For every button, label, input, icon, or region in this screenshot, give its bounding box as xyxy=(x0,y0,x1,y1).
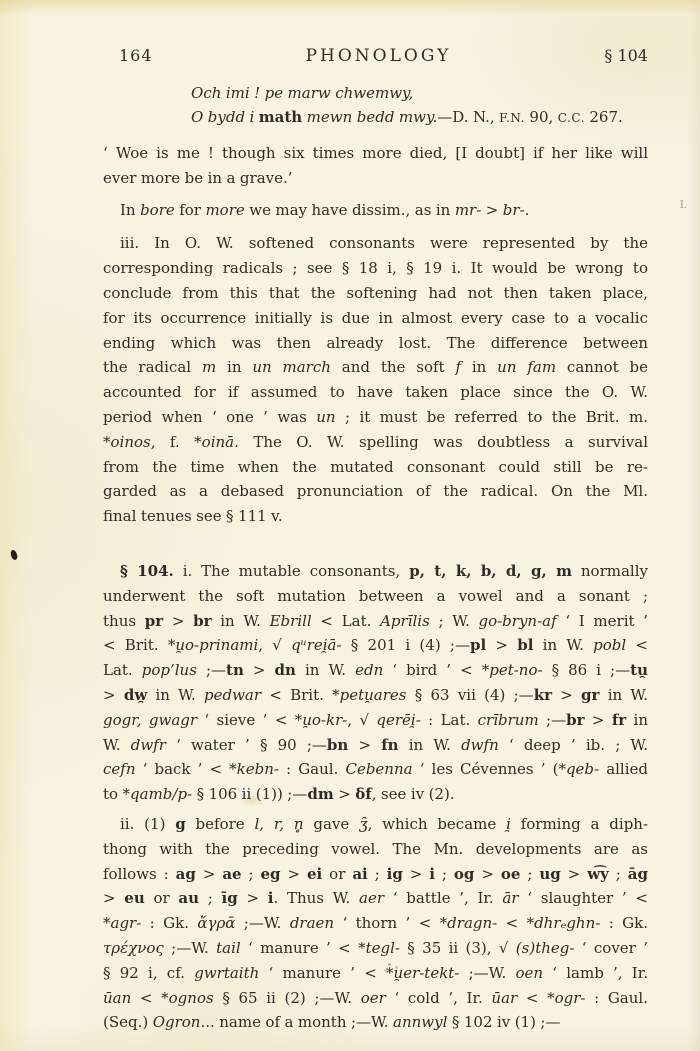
text-line: period when ‘ one ’ was un ; it must be … xyxy=(103,405,648,430)
paragraph-iii: iii. In O. W. softened consonants were r… xyxy=(103,231,648,529)
text-line: < Brit. *u̯o-prinami, √ qᵘrei̯ā- § 201 i… xyxy=(103,633,648,658)
text-line: iii. In O. W. softened consonants were r… xyxy=(103,231,648,256)
section-number: § 104 xyxy=(604,46,648,65)
text-line: to *qamb/p- § 106 ii (1)) ;—dm > δf, see… xyxy=(103,782,648,807)
text-line: Och imi ! pe marw chwemwy, xyxy=(191,81,648,105)
dissimilation-note: In bore for more we may have dissim., as… xyxy=(103,198,648,223)
text-line: *agr- : Gk. ἄγρᾱ ;—W. draen ‘ thorn ’ < … xyxy=(103,911,648,936)
marginal-mark: I. xyxy=(680,200,687,211)
text-line: ever more be in a grave.’ xyxy=(103,166,648,191)
text-line: τρέχνος ;—W. tail ‘ manure ’ < *tegl- § … xyxy=(103,936,648,961)
text-line: ii. (1) g before l, r, n̥ gave ʒ̑, which… xyxy=(103,812,648,837)
book-page: 164 PHONOLOGY § 104 Och imi ! pe marw ch… xyxy=(0,0,700,1035)
text-line: from the time when the mutated consonant… xyxy=(103,455,648,480)
text-line: § 92 i, cf. gwrtaith ‘ manure ’ < *u̯er-… xyxy=(103,961,648,986)
text-line: § 104. i. The mutable consonants, p, t, … xyxy=(103,559,648,584)
text-line: underwent the soft mutation between a vo… xyxy=(103,584,648,609)
text-line: gogr, gwagr ‘ sieve ’ < *u̯o-kr-, √ qerē… xyxy=(103,708,648,733)
smudge-mark xyxy=(388,963,391,966)
text-line: conclude from this that the softening ha… xyxy=(103,281,648,306)
text-line: > dw̯ in W. pedwar < Brit. *petu̯ares § … xyxy=(103,683,648,708)
text-line: (Seq.) Ogron... name of a month ;—W. ann… xyxy=(103,1010,648,1035)
text-line: Lat. pop’lus ;—tn > dn in W. edn ‘ bird … xyxy=(103,658,648,683)
page-header: 164 PHONOLOGY § 104 xyxy=(103,46,648,66)
text-line: thong with the preceding vowel. The Mn. … xyxy=(103,837,648,862)
text-line: In bore for more we may have dissim., as… xyxy=(103,198,648,223)
text-line: garded as a debased pronunciation of the… xyxy=(103,479,648,504)
text-line: accounted for if assumed to have taken p… xyxy=(103,380,648,405)
text-line: the radical m in un march and the soft f… xyxy=(103,355,648,380)
text-line: follows : ag > ae ; eg > ei or ai ; ig >… xyxy=(103,862,648,887)
text-line: thus pr > br in W. Ebrill < Lat. Aprīlis… xyxy=(103,609,648,634)
verse-quotation: Och imi ! pe marw chwemwy,O bydd i math … xyxy=(191,81,648,130)
page-number: 164 xyxy=(103,46,153,65)
paragraph-104-i: § 104. i. The mutable consonants, p, t, … xyxy=(103,559,648,807)
paragraph-104-ii: ii. (1) g before l, r, n̥ gave ʒ̑, which… xyxy=(103,812,648,1035)
text-line: > eu or au ; īg > i. Thus W. aer ‘ battl… xyxy=(103,886,648,911)
text-line: O bydd i math mewn bedd mwy.—D. N., F.N.… xyxy=(191,105,648,130)
scanned-book-page: { "colors": { "paper": "#f7f3e2", "ink":… xyxy=(0,0,700,1051)
text-line: cefn ‘ back ’ < *kebn- : Gaul. Cebenna ‘… xyxy=(103,757,648,782)
text-line: W. dwfr ‘ water ’ § 90 ;—bn > fn in W. d… xyxy=(103,733,648,758)
running-title: PHONOLOGY xyxy=(306,46,452,66)
text-line: ūan < *ognos § 65 ii (2) ;—W. oer ‘ cold… xyxy=(103,986,648,1011)
text-line: *oinos, f. *oinā. The O. W. spelling was… xyxy=(103,430,648,455)
text-line: corresponding radicals ; see § 18 i, § 1… xyxy=(103,256,648,281)
translation-paragraph: ‘ Woe is me ! though six times more died… xyxy=(103,141,648,191)
text-line: final tenues see § 111 v. xyxy=(103,504,648,529)
text-line: ‘ Woe is me ! though six times more died… xyxy=(103,141,648,166)
text-line: for its occurrence initially is due in a… xyxy=(103,306,648,331)
text-line: ending which was then already lost. The … xyxy=(103,331,648,356)
